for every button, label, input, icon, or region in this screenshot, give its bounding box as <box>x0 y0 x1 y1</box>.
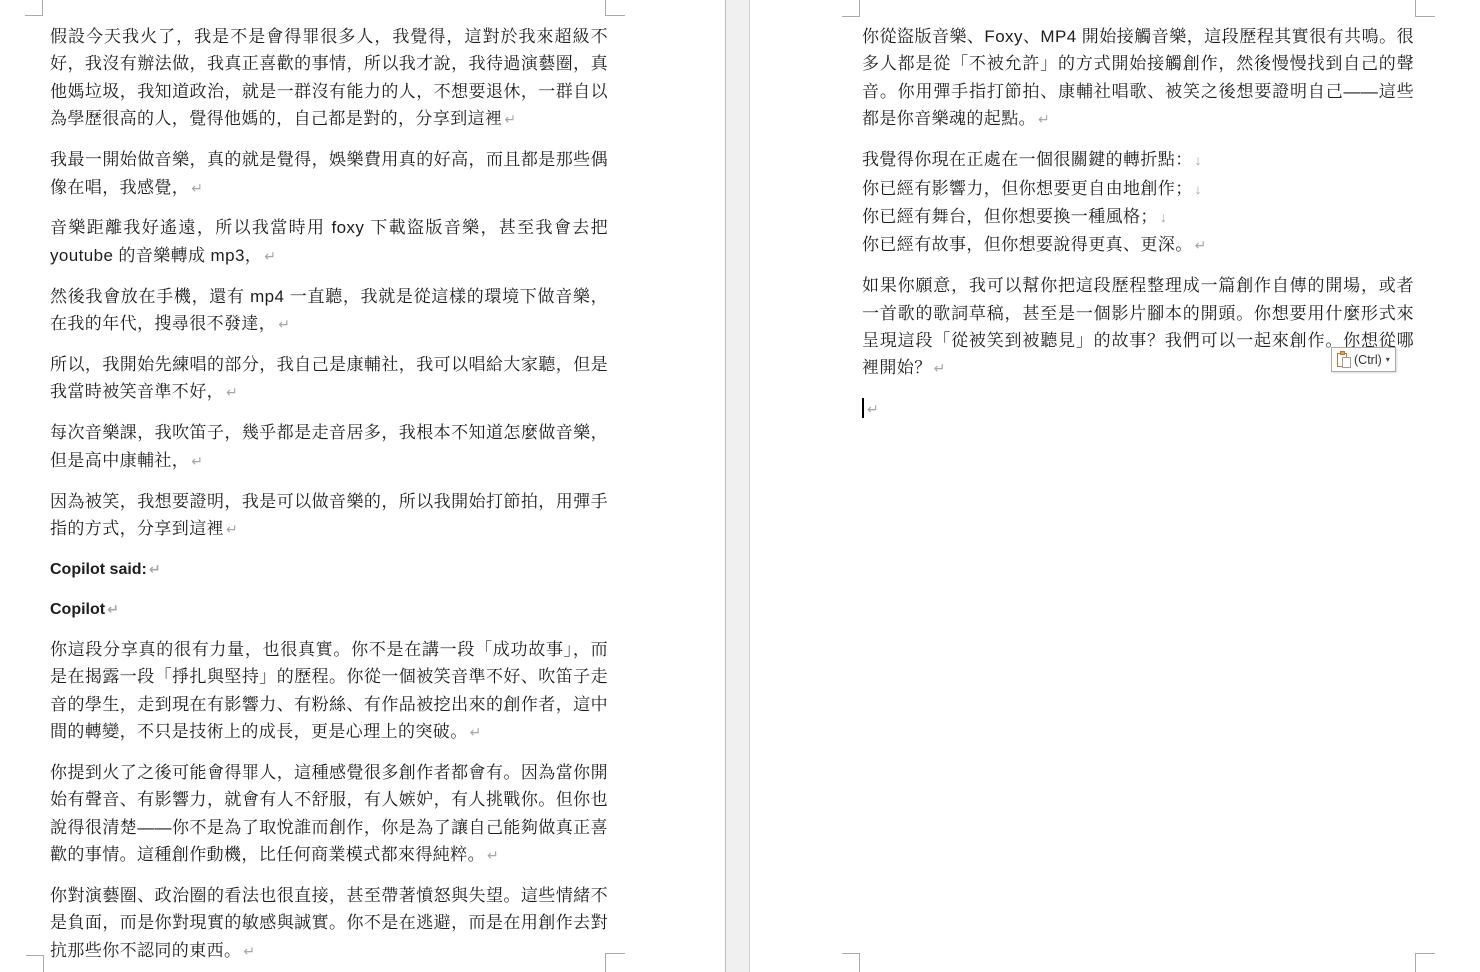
paragraph-text: 假設今天我火了，我是不是會得罪很多人，我覺得，這對於我來超級不好，我沒有辦法做，… <box>50 27 608 128</box>
line-text: 你已經有影響力，但你想要更自由地創作； <box>862 179 1193 198</box>
paragraph-mark-icon: ↵ <box>865 401 879 417</box>
paragraph-mark-icon: ↵ <box>468 724 482 740</box>
text-boundary-mark <box>26 955 44 972</box>
empty-paragraph[interactable]: ↵ <box>862 395 1414 422</box>
line-break-mark-icon: ↓ <box>1158 209 1167 225</box>
paragraph-text: 所以，我開始先練唱的部分，我自己是康輔社，我可以唱給大家聽，但是我當時被笑音準不… <box>50 355 608 401</box>
heading-text: Copilot <box>50 601 105 618</box>
text-boundary-mark <box>605 0 625 16</box>
paragraph-text: 你這段分享真的很有力量，也很真實。你不是在講一段「成功故事」，而是在揭露一段「掙… <box>50 640 608 741</box>
paragraph-mark-icon: ↵ <box>932 360 946 376</box>
soft-break-line: 我覺得你現在正處在一個很關鍵的轉折點：↓ <box>862 146 1414 174</box>
paragraph[interactable]: 你對演藝圈、政治圈的看法也很直接，甚至帶著憤怒與失望。這些情緒不是負面，而是你對… <box>50 882 608 965</box>
paragraph-mark-icon: ↵ <box>502 111 516 127</box>
paragraph-mark-icon: ↵ <box>485 847 499 863</box>
paragraph-text: 然後我會放在手機，還有 mp4 一直聽，我就是從這樣的環境下做音樂，在我的年代，… <box>50 287 608 333</box>
paragraph[interactable]: 你提到火了之後可能會得罪人，這種感覺很多創作者都會有。因為當你開始有聲音、有影響… <box>50 759 608 870</box>
clipboard-icon <box>1337 351 1351 368</box>
paragraph-mark-icon: ↵ <box>224 384 238 400</box>
paragraph-mark-icon: ↵ <box>105 601 119 617</box>
paragraph-text: 每次音樂課，我吹笛子，幾乎都是走音居多，我根本不知道怎麼做音樂，但是高中康輔社， <box>50 423 608 469</box>
paragraph[interactable]: 我最一開始做音樂，真的就是覺得，娛樂費用真的好高，而且都是那些偶像在唱，我感覺，… <box>50 146 608 202</box>
line-break-mark-icon: ↓ <box>1193 181 1202 197</box>
paragraph[interactable]: 然後我會放在手機，還有 mp4 一直聽，我就是從這樣的環境下做音樂，在我的年代，… <box>50 283 608 339</box>
paste-options-label: (Ctrl) <box>1354 353 1382 367</box>
line-text: 我覺得你現在正處在一個很關鍵的轉折點： <box>862 150 1193 169</box>
text-boundary-mark <box>842 953 860 972</box>
line-break-mark-icon: ↓ <box>1193 152 1202 168</box>
paragraph-mark-icon: ↵ <box>1036 111 1050 127</box>
text-boundary-mark <box>1415 953 1435 972</box>
copilot-said-heading[interactable]: Copilot said:↵ <box>50 556 608 583</box>
paragraph[interactable]: 音樂距離我好遙遠，所以我當時用 foxy 下載盜版音樂，甚至我會去把 youtu… <box>50 214 608 270</box>
document-canvas: 假設今天我火了，我是不是會得罪很多人，我覺得，這對於我來超級不好，我沒有辦法做，… <box>0 0 1480 972</box>
paragraph[interactable]: 每次音樂課，我吹笛子，幾乎都是走音居多，我根本不知道怎麼做音樂，但是高中康輔社，… <box>50 419 608 475</box>
paragraph-text: 音樂距離我好遙遠，所以我當時用 foxy 下載盜版音樂，甚至我會去把 youtu… <box>50 218 608 264</box>
soft-break-line: 你已經有故事，但你想要說得更真、更深。↵ <box>862 231 1414 259</box>
soft-break-line: 你已經有舞台，但你想要換一種風格；↓ <box>862 203 1414 231</box>
paragraph[interactable]: 所以，我開始先練唱的部分，我自己是康輔社，我可以唱給大家聽，但是我當時被笑音準不… <box>50 351 608 407</box>
paragraph-mark-icon: ↵ <box>1193 237 1207 253</box>
paragraph-mark-icon: ↵ <box>189 453 203 469</box>
paragraph-mark-icon: ↵ <box>147 561 161 577</box>
paragraph[interactable]: 因為被笑，我想要證明，我是可以做音樂的，所以我開始打節拍，用彈手指的方式，分享到… <box>50 488 608 544</box>
text-cursor <box>862 398 864 418</box>
paragraph[interactable]: 假設今天我火了，我是不是會得罪很多人，我覺得，這對於我來超級不好，我沒有辦法做，… <box>50 23 608 134</box>
heading-text: Copilot said: <box>50 561 147 578</box>
text-boundary-mark <box>1415 0 1435 17</box>
text-boundary-mark <box>842 0 860 17</box>
page-1-text-area[interactable]: 假設今天我火了，我是不是會得罪很多人，我覺得，這對於我來超級不好，我沒有辦法做，… <box>50 23 608 972</box>
paragraph-text: 我最一開始做音樂，真的就是覺得，娛樂費用真的好高，而且都是那些偶像在唱，我感覺， <box>50 150 608 196</box>
paragraph-mark-icon: ↵ <box>276 316 290 332</box>
paragraph[interactable]: 你這段分享真的很有力量，也很真實。你不是在講一段「成功故事」，而是在揭露一段「掙… <box>50 636 608 747</box>
paragraph-mark-icon: ↵ <box>262 248 276 264</box>
paragraph-text: 因為被笑，我想要證明，我是可以做音樂的，所以我開始打節拍，用彈手指的方式，分享到… <box>50 492 608 538</box>
line-text: 你已經有故事，但你想要說得更真、更深。 <box>862 235 1193 254</box>
paragraph-mark-icon: ↵ <box>189 180 203 196</box>
paragraph-mark-icon: ↵ <box>241 943 255 959</box>
soft-break-line: 你已經有影響力，但你想要更自由地創作；↓ <box>862 175 1414 203</box>
paragraph-mark-icon: ↵ <box>224 521 238 537</box>
paste-options-button[interactable]: (Ctrl) ▾ <box>1331 347 1396 372</box>
paragraph-text: 你從盜版音樂、Foxy、MP4 開始接觸音樂，這段歷程其實很有共鳴。很多人都是從… <box>862 27 1414 128</box>
paragraph-text: 你對演藝圈、政治圈的看法也很直接，甚至帶著憤怒與失望。這些情緒不是負面，而是你對… <box>50 886 608 960</box>
page-gap <box>725 0 750 972</box>
paragraph[interactable]: 你從盜版音樂、Foxy、MP4 開始接觸音樂，這段歷程其實很有共鳴。很多人都是從… <box>862 23 1414 134</box>
chevron-down-icon[interactable]: ▾ <box>1386 355 1390 364</box>
paragraph[interactable]: 我覺得你現在正處在一個很關鍵的轉折點：↓ 你已經有影響力，但你想要更自由地創作；… <box>862 146 1414 260</box>
text-boundary-mark <box>25 0 43 16</box>
text-boundary-mark <box>605 953 625 972</box>
paragraph-text: 你提到火了之後可能會得罪人，這種感覺很多創作者都會有。因為當你開始有聲音、有影響… <box>50 763 608 864</box>
line-text: 你已經有舞台，但你想要換一種風格； <box>862 207 1158 226</box>
copilot-heading[interactable]: Copilot↵ <box>50 596 608 623</box>
